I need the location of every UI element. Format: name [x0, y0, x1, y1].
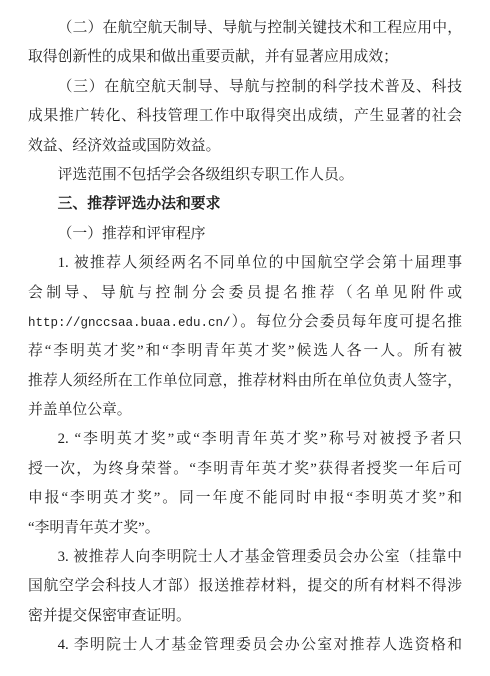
text-line: 成果推广转化、科技管理工作中取得突出成绩，产生显著的社会 — [28, 102, 462, 131]
text-line-with-url: http://gnccsaa.buaa.edu.cn/）。每位分会委员每年度可提… — [28, 308, 462, 337]
section-heading: 三、推荐评选办法和要求 — [28, 190, 462, 219]
text-after-url: ）。每位分会委员每年度可提名推 — [231, 314, 462, 330]
text-line: 授一次，为终身荣誉。“李明青年英才奖”获得者授奖一年后可 — [28, 455, 462, 484]
document-page: （二）在航空航天制导、导航与控制关键技术和工程应用中， 取得创新性的成果和做出重… — [0, 0, 490, 676]
text-line: （二）在航空航天制导、导航与控制关键技术和工程应用中， — [28, 14, 462, 43]
text-line: 效益、经济效益或国防效益。 — [28, 132, 462, 161]
text-line: 并盖单位公章。 — [28, 396, 462, 425]
text-line: 申报“李明英才奖”。同一年度不能同时申报“李明英才奖”和 — [28, 484, 462, 513]
text-line: 荐“李明英才奖”和“李明青年英才奖”候选人各一人。所有被 — [28, 337, 462, 366]
text-line: （三）在航空航天制导、导航与控制的科学技术普及、科技 — [28, 73, 462, 102]
text-line: 密并提交保密审查证明。 — [28, 602, 462, 631]
subsection-heading: （一）推荐和评审程序 — [28, 220, 462, 249]
text-line: “李明青年英才奖”。 — [28, 514, 462, 543]
text-line: 取得创新性的成果和做出重要贡献，并有显著应用成效； — [28, 43, 462, 72]
text-line: 会制导、导航与控制分会委员提名推荐（名单见附件或 — [28, 279, 462, 308]
text-line: 评选范围不包括学会各级组织专职工作人员。 — [28, 161, 462, 190]
text-line: 4. 李明院士人才基金管理委员会办公室对推荐人选资格和 — [28, 631, 462, 660]
text-line: 2. “李明英才奖”或“李明青年英才奖”称号对被授予者只 — [28, 425, 462, 454]
text-line: 1. 被推荐人须经两名不同单位的中国航空学会第十届理事 — [28, 249, 462, 278]
text-line: 3. 被推荐人向李明院士人才基金管理委员会办公室（挂靠中 — [28, 543, 462, 572]
text-line: 推荐人须经所在工作单位同意，推荐材料由所在单位负责人签字， — [28, 367, 462, 396]
url-text: http://gnccsaa.buaa.edu.cn/ — [28, 316, 231, 330]
text-line: 国航空学会科技人才部）报送推荐材料，提交的所有材料不得涉 — [28, 572, 462, 601]
